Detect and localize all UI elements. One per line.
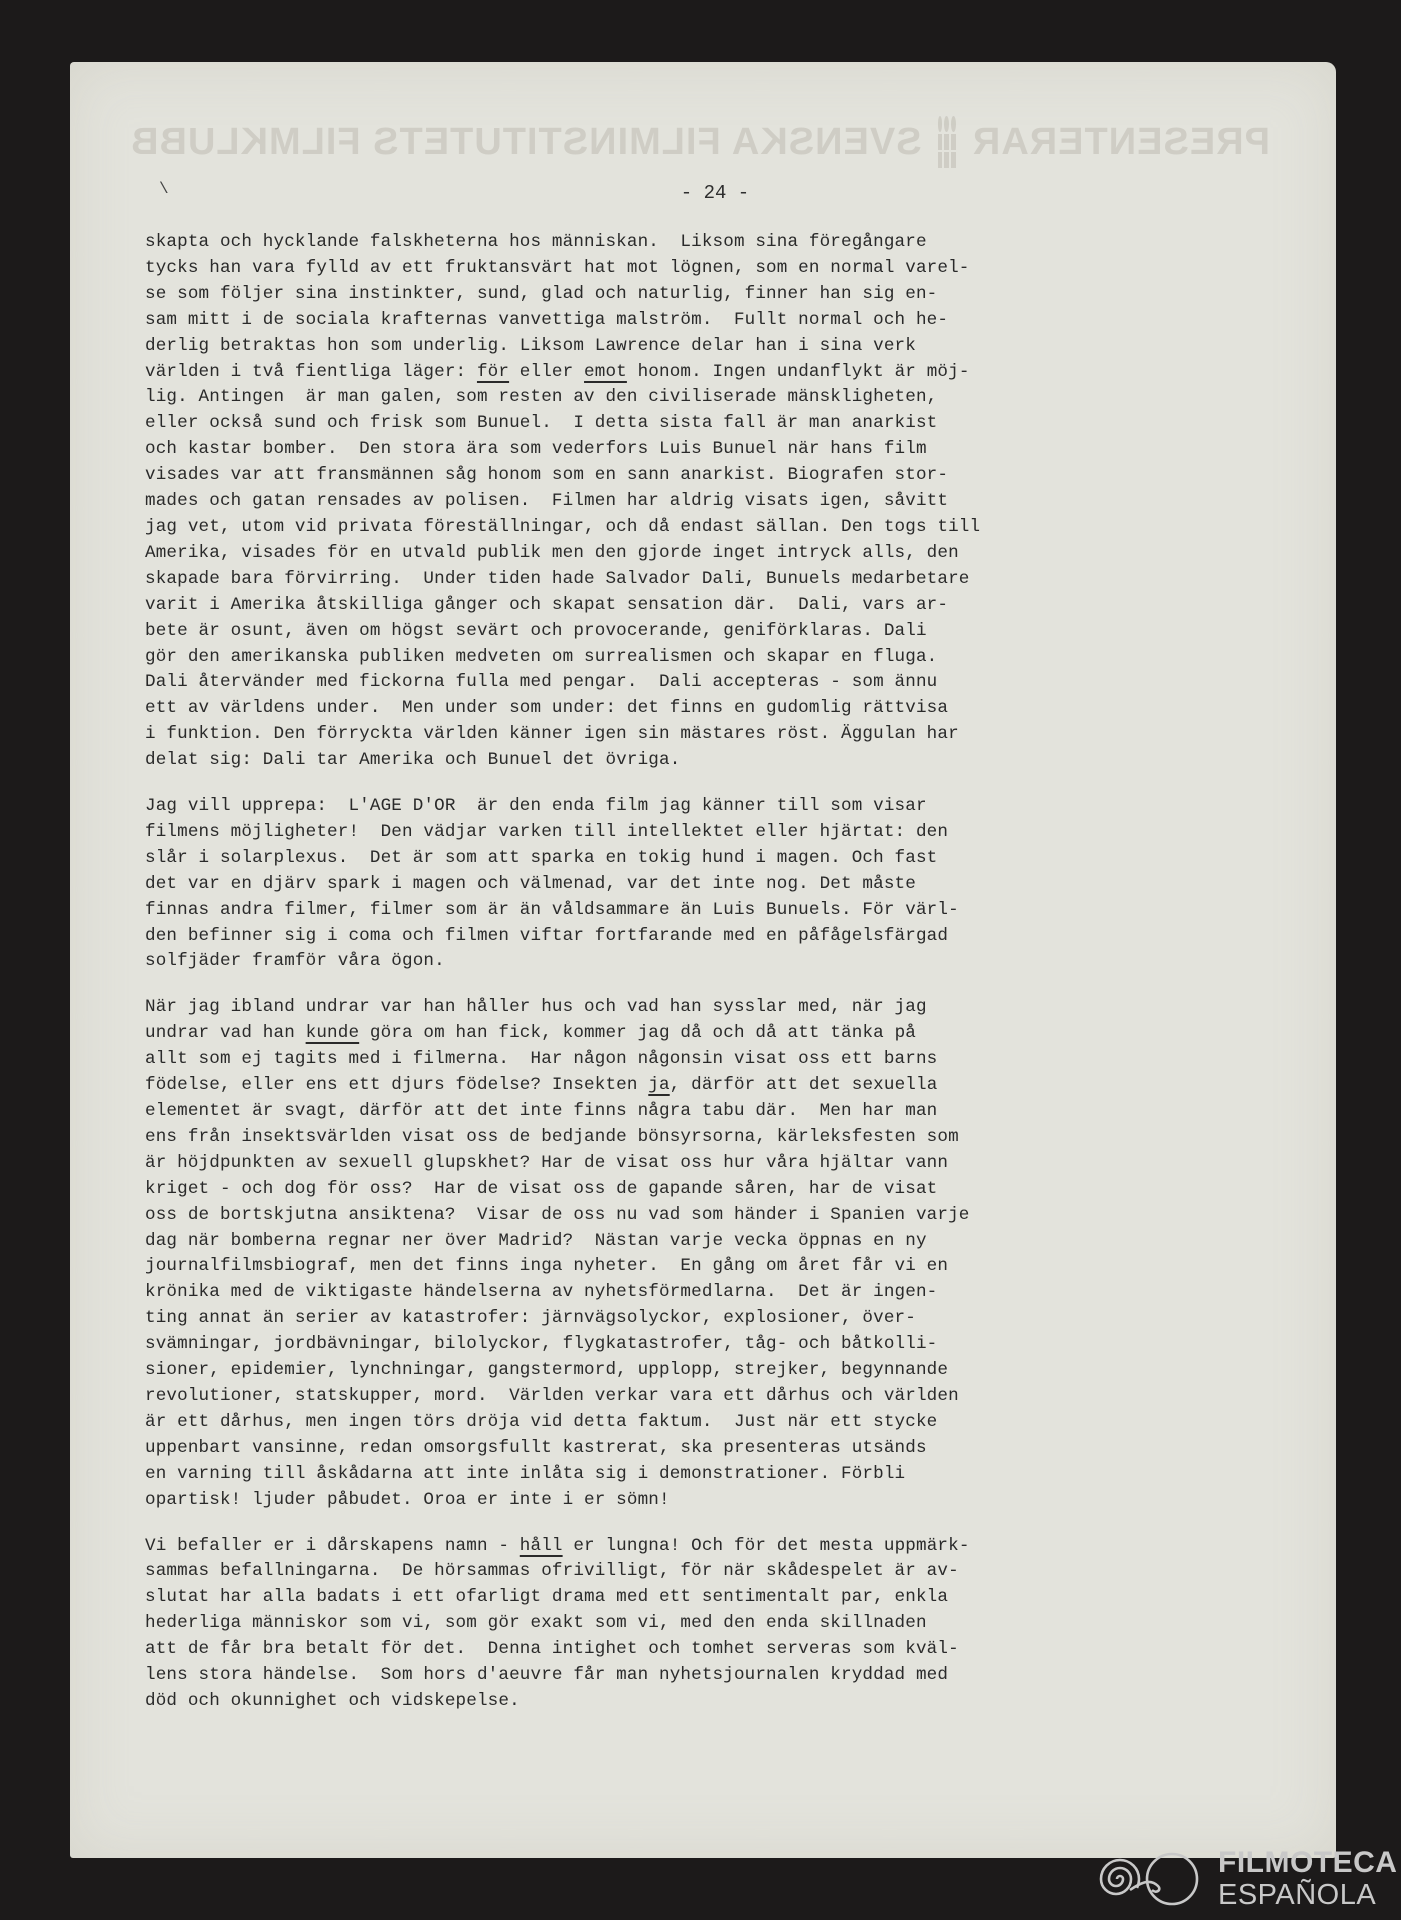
text-line: opartisk! ljuder påbudet. Oroa er inte i… [145,1488,1245,1514]
paragraph: Vi befaller er i dårskapens namn - håll … [145,1534,1245,1715]
text-line: varit i Amerika åtskilliga gånger och sk… [145,593,1245,619]
text-line: sammas befallningarna. De hörsammas ofri… [145,1559,1245,1585]
letterhead-suffix: PRESENTERAR [972,121,1270,164]
text-line: ett av världens under. Men under som und… [145,696,1245,722]
text-line: det var en djärv spark i magen och välme… [145,872,1245,898]
text-line: världen i två fientliga läger: för eller… [145,360,1245,386]
text-line: hederliga människor som vi, som gör exak… [145,1611,1245,1637]
text-line: i funktion. Den förryckta världen känner… [145,722,1245,748]
document-page: PRESENTERAR SVENSKA FILMINSTITUTETS FILM… [70,62,1336,1858]
text-line: solfjäder framför våra ögon. [145,949,1245,975]
text-line: lig. Antingen är man galen, som resten a… [145,385,1245,411]
text-line: födelse, eller ens ett djurs födelse? In… [145,1073,1245,1099]
paragraph: Jag vill upprepa: L'AGE D'OR är den enda… [145,794,1245,975]
text-line: se som följer sina instinkter, sund, gla… [145,282,1245,308]
text-line: När jag ibland undrar var han håller hus… [145,995,1245,1021]
text-line: att de får bra betalt för det. Denna int… [145,1637,1245,1663]
letterhead-bleedthrough: PRESENTERAR SVENSKA FILMINSTITUTETS FILM… [130,112,1270,172]
text-line: undrar vad han kunde göra om han fick, k… [145,1021,1245,1047]
text-line: eller också sund och frisk som Bunuel. I… [145,411,1245,437]
body-text: skapta och hycklande falskheterna hos mä… [145,230,1245,1735]
filmoteca-watermark: FILMOTECA ESPAÑOLA [1092,1848,1397,1910]
text-line: elementet är svagt, därför att det inte … [145,1099,1245,1125]
spiral-infinity-logo-icon [1092,1850,1200,1908]
text-line: svämningar, jordbävningar, bilolyckor, f… [145,1332,1245,1358]
text-line: en varning till åskådarna att inte inlåt… [145,1462,1245,1488]
text-line: sioner, epidemier, lynchningar, gangster… [145,1358,1245,1384]
underlined-word: ja [648,1075,669,1095]
paragraph: skapta och hycklande falskheterna hos mä… [145,230,1245,774]
film-club-logo-icon [938,116,956,168]
text-line: ens från insektsvärlden visat oss de bed… [145,1125,1245,1151]
text-line: sam mitt i de sociala krafternas vanvett… [145,308,1245,334]
text-line: ting annat än serier av katastrofer: jär… [145,1306,1245,1332]
page-number: - 24 - [82,182,1348,204]
watermark-text: FILMOTECA ESPAÑOLA [1218,1848,1397,1910]
text-line: dag när bomberna regnar ner över Madrid?… [145,1229,1245,1255]
text-line: är höjdpunkten av sexuell glupskhet? Har… [145,1151,1245,1177]
text-line: filmens möjligheter! Den vädjar varken t… [145,820,1245,846]
text-line: slår i solarplexus. Det är som att spark… [145,846,1245,872]
text-line: mades och gatan rensades av polisen. Fil… [145,489,1245,515]
text-line: Amerika, visades för en utvald publik me… [145,541,1245,567]
text-line: jag vet, utom vid privata föreställninga… [145,515,1245,541]
text-line: gör den amerikanska publiken medveten om… [145,645,1245,671]
text-line: kriget - och dog för oss? Har de visat o… [145,1177,1245,1203]
text-line: derlig betraktas hon som underlig. Likso… [145,334,1245,360]
text-line: visades var att fransmännen såg honom so… [145,463,1245,489]
watermark-line2: ESPAÑOLA [1218,1881,1397,1910]
letterhead-text: SVENSKA FILMINSTITUTETS FILMKLUBB [130,121,922,164]
paragraph: När jag ibland undrar var han håller hus… [145,995,1245,1513]
text-line: Vi befaller er i dårskapens namn - håll … [145,1534,1245,1560]
underlined-word: emot [584,362,627,382]
text-line: krönika med de viktigaste händelserna av… [145,1280,1245,1306]
text-line: Dali återvänder med fickorna fulla med p… [145,670,1245,696]
text-line: är ett dårhus, men ingen törs dröja vid … [145,1410,1245,1436]
text-line: finnas andra filmer, filmer som är än vå… [145,898,1245,924]
text-line: död och okunnighet och vidskepelse. [145,1689,1245,1715]
text-line: bete är osunt, även om högst sevärt och … [145,619,1245,645]
text-line: lens stora händelse. Som hors d'aeuvre f… [145,1663,1245,1689]
text-line: skapta och hycklande falskheterna hos mä… [145,230,1245,256]
watermark-line1: FILMOTECA [1218,1848,1397,1878]
text-line: revolutioner, statskupper, mord. Världen… [145,1384,1245,1410]
text-line: tycks han vara fylld av ett fruktansvärt… [145,256,1245,282]
text-line: uppenbart vansinne, redan omsorgsfullt k… [145,1436,1245,1462]
text-line: allt som ej tagits med i filmerna. Har n… [145,1047,1245,1073]
underlined-word: för [477,362,509,382]
text-line: oss de bortskjutna ansiktena? Visar de o… [145,1203,1245,1229]
text-line: den befinner sig i coma och filmen vifta… [145,924,1245,950]
underlined-word: håll [520,1536,563,1556]
text-line: delat sig: Dali tar Amerika och Bunuel d… [145,748,1245,774]
text-line: och kastar bomber. Den stora ära som ved… [145,437,1245,463]
text-line: journalfilmsbiograf, men det finns inga … [145,1254,1245,1280]
text-line: Jag vill upprepa: L'AGE D'OR är den enda… [145,794,1245,820]
underlined-word: kunde [306,1023,360,1043]
text-line: skapade bara förvirring. Under tiden had… [145,567,1245,593]
text-line: slutat har alla badats i ett ofarligt dr… [145,1585,1245,1611]
